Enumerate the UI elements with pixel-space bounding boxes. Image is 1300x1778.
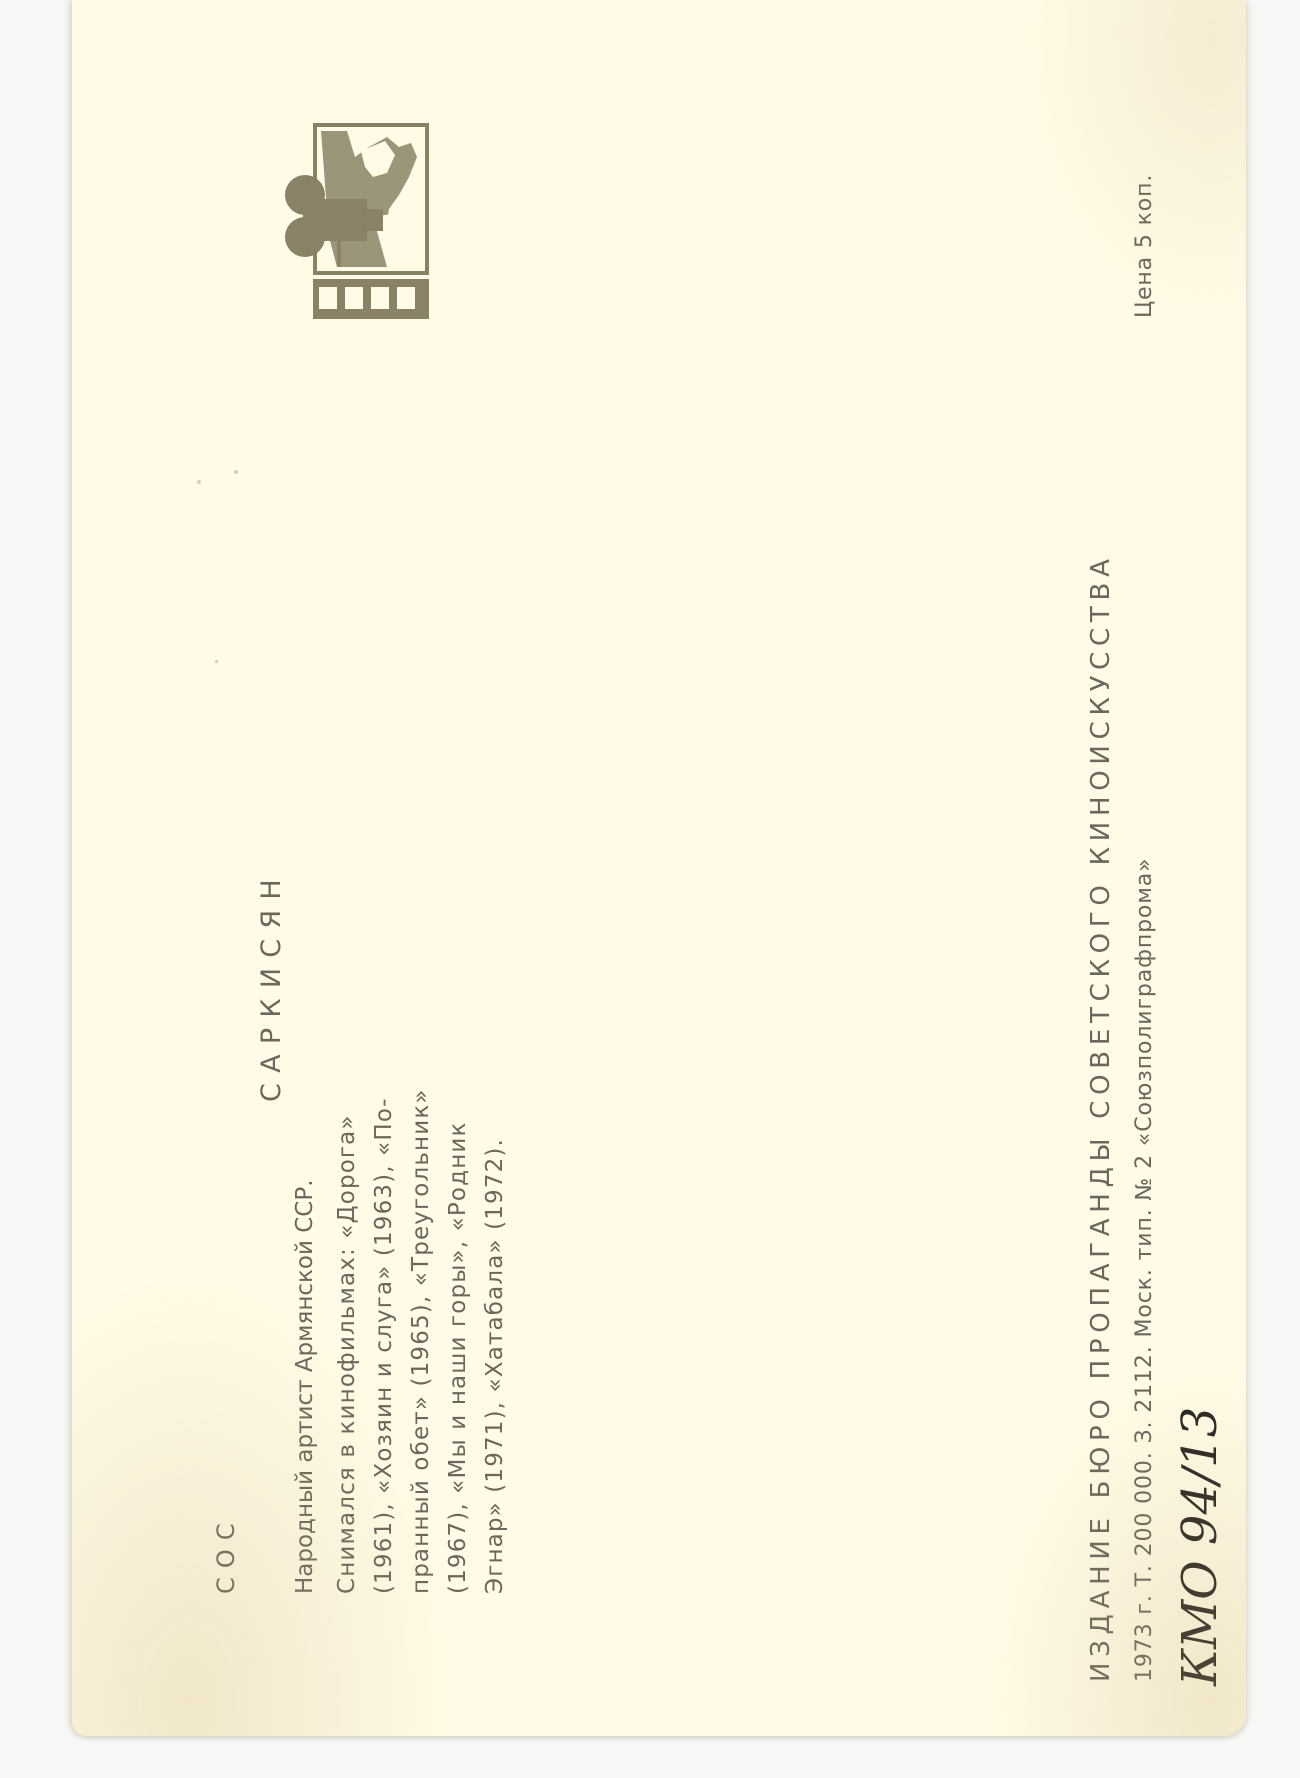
actor-title: Народный артист Армянской ССР. (292, 1179, 318, 1594)
film-camera-logo-icon (277, 117, 435, 323)
price-label: Цена 5 коп. (1132, 174, 1157, 318)
filmography-line: Эгнар» (1971), «Хатабала» (1972). (482, 1138, 508, 1594)
postcard-back: СОС САРКИСЯН Народный артист Армянской С… (72, 0, 1246, 1736)
paper-speck (197, 480, 201, 484)
print-info: 1973 г. Т. 200 000. З. 2112. Моск. тип. … (1132, 858, 1157, 1682)
paper-speck (234, 470, 238, 474)
handwritten-inventory-code: КМО 94/13 (1172, 1407, 1228, 1686)
filmography-line: пранный обет» (1965), «Треугольник» (408, 1088, 434, 1594)
series-label: СОС (212, 1514, 240, 1594)
publisher-line: ИЗДАНИЕ БЮРО ПРОПАГАНДЫ СОВЕТСКОГО КИНОИ… (1086, 553, 1116, 1682)
actor-name: САРКИСЯН (256, 869, 287, 1102)
paper-speck (215, 660, 218, 663)
filmography-line: (1967), «Мы и наши горы», «Родник (445, 1121, 471, 1594)
filmography-line: (1961), «Хозяин и слуга» (1963), «По- (371, 1097, 397, 1594)
filmography-line: Снимался в кинофильмах: «Дорога» (334, 1114, 360, 1594)
